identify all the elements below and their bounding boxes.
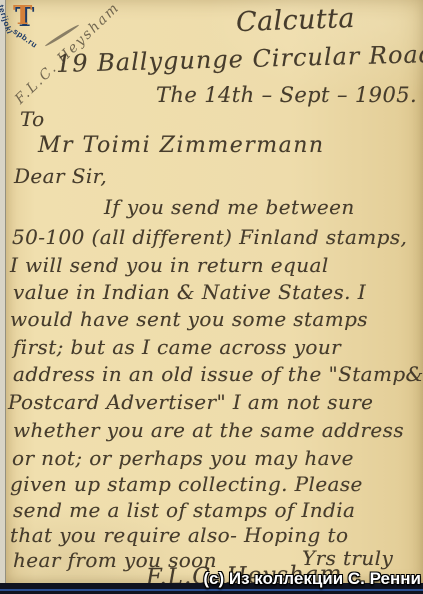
city-line: Calcutta: [236, 4, 356, 38]
body-line: Postcard Advertiser" I am not sure: [8, 391, 373, 413]
recipient-name: Mr Toimi Zimmermann: [38, 134, 325, 158]
scanned-postcard: F.L.C. Heysham Calcutta 19 Ballygunge Ci…: [0, 0, 423, 594]
body-line: send me a list of stamps of India: [13, 499, 355, 521]
salutation: Dear Sir,: [14, 165, 107, 187]
body-line: 50-100 (all different) Finland stamps,: [12, 226, 407, 248]
body-line: would have sent you some stamps: [10, 308, 368, 330]
to-label: To: [20, 108, 45, 130]
body-line: I will send you in return equal: [10, 254, 329, 276]
terijoki-site-logo: T terijoki .spb.ru: [1, 1, 45, 51]
body-line: value in Indian & Native States. I: [13, 281, 366, 303]
body-line: given up stamp collecting. Please: [10, 473, 363, 495]
body-line: first; but as I came across your: [13, 336, 341, 358]
body-line: that you require also- Hoping to: [10, 524, 348, 546]
scan-bottom-blue-line: [0, 589, 423, 591]
body-line: address in an old issue of the "Stamp&: [13, 363, 423, 385]
scan-left-edge: [0, 0, 6, 583]
body-line: or not; or perhaps you may have: [12, 447, 354, 469]
date-line: The 14th – Sept – 1905.: [156, 84, 417, 107]
collection-credit-watermark: (с) Из коллекции С. Ренни: [203, 569, 421, 589]
body-line: If you send me between: [104, 196, 355, 218]
postcard-paper: F.L.C. Heysham Calcutta 19 Ballygunge Ci…: [6, 0, 423, 583]
body-line: whether you are at the same address: [13, 419, 404, 441]
logo-t-letter: T: [13, 3, 32, 29]
